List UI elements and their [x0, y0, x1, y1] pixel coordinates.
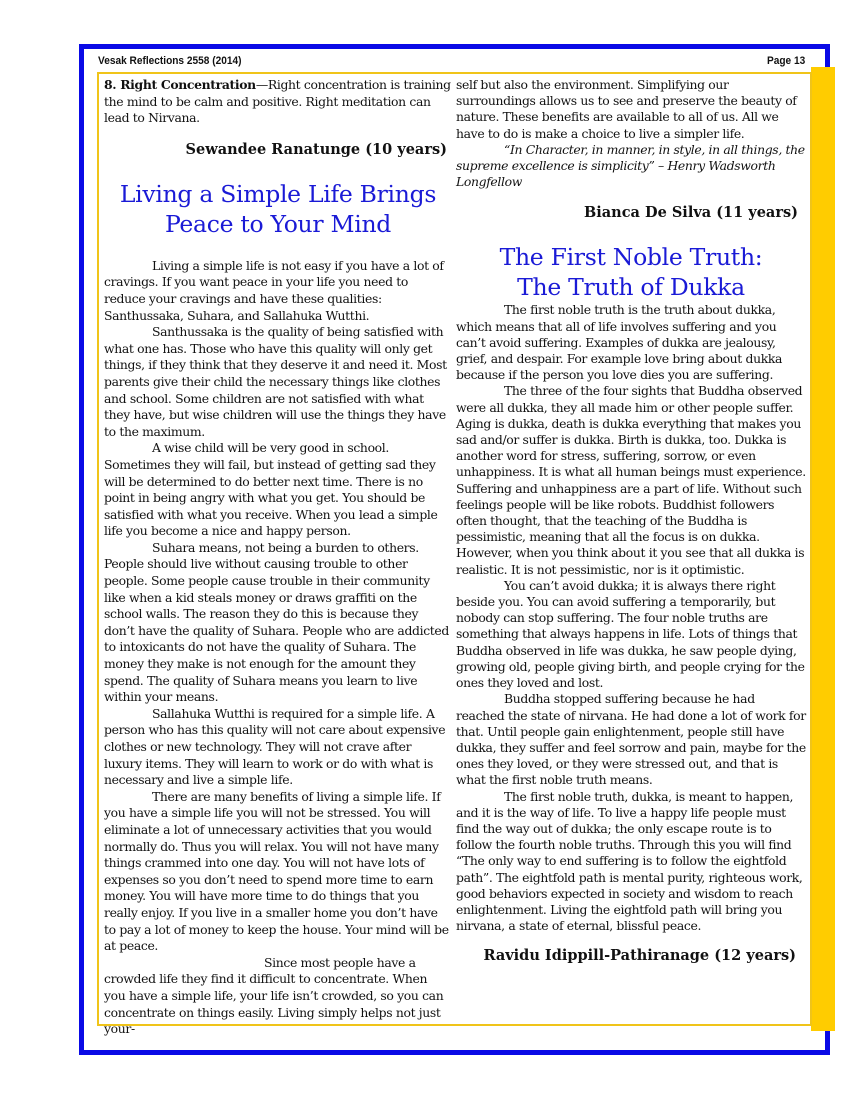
gold-side-bar [811, 67, 835, 1031]
byline-sewandee: Sewandee Ranatunge (10 years) [104, 140, 447, 160]
right-concentration-paragraph: 8. Right Concentration—Right concentrati… [104, 77, 452, 127]
continuation-paragraph: self but also the environment. Simplifyi… [456, 77, 806, 142]
body-paragraph: Buddha stopped suffering because he had … [456, 691, 806, 788]
body-paragraph: Sallahuka Wutthi is required for a simpl… [104, 706, 452, 789]
body-paragraph: Since most people have a crowded life th… [104, 955, 452, 1038]
article-body-first-noble-truth: The first noble truth is the truth about… [456, 302, 806, 934]
body-paragraph: The three of the four sights that Buddha… [456, 383, 806, 577]
article-title-line-2: Peace to Your Mind [104, 209, 452, 239]
article-title-line-1: Living a Simple Life Brings [104, 179, 452, 209]
body-paragraph: The first noble truth, dukka, is meant t… [456, 789, 806, 935]
article-body-simple-life: Living a simple life is not easy if you … [104, 258, 452, 1038]
body-paragraph: Santhussaka is the quality of being sati… [104, 324, 452, 440]
body-paragraph: Living a simple life is not easy if you … [104, 258, 452, 324]
article-title-simple-life: Living a Simple Life Brings Peace to You… [104, 179, 452, 239]
body-paragraph: A wise child will be very good in school… [104, 440, 452, 540]
byline-ravidu: Ravidu Idippill-Pathiranage (12 years) [456, 946, 796, 966]
body-paragraph: The first noble truth is the truth about… [456, 302, 806, 383]
right-concentration-heading: 8. Right Concentration [104, 77, 256, 92]
longfellow-quote: “In Character, in manner, in style, in a… [456, 142, 806, 191]
byline-bianca: Bianca De Silva (11 years) [456, 203, 798, 223]
left-column: 8. Right Concentration—Right concentrati… [104, 77, 452, 1038]
article-title-line-1: The First Noble Truth: [456, 242, 806, 272]
article-title-line-2: The Truth of Dukka [456, 272, 806, 302]
body-paragraph: You can’t avoid dukka; it is always ther… [456, 578, 806, 691]
page-number: Page 13 [767, 55, 805, 67]
body-paragraph: Suhara means, not being a burden to othe… [104, 540, 452, 706]
publication-header: Vesak Reflections 2558 (2014) [98, 55, 241, 67]
right-column: self but also the environment. Simplifyi… [456, 77, 806, 966]
body-paragraph: There are many benefits of living a simp… [104, 789, 452, 955]
article-title-first-noble-truth: The First Noble Truth: The Truth of Dukk… [456, 242, 806, 302]
content-box: 8. Right Concentration—Right concentrati… [97, 72, 812, 1026]
